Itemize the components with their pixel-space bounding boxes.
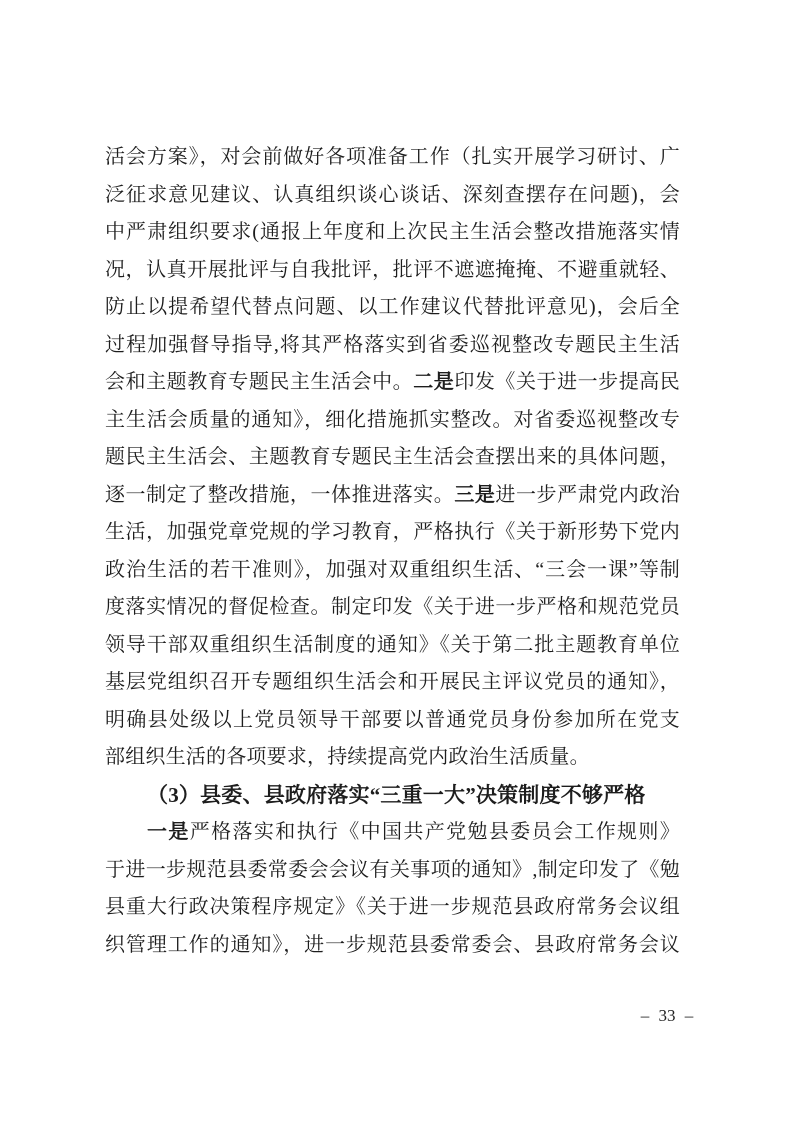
- text-line: 中严肃组织要求(通报上年度和上次民主生活会整改措施落实情: [105, 214, 680, 252]
- text-line: 一是严格落实和执行《中国共产党勉县委员会工作规则》《关: [105, 814, 680, 852]
- text-line: 过程加强督导指导,将其严格落实到省委巡视整改专题民主生活: [105, 327, 680, 365]
- text-run: 领导干部双重组织生活制度的通知》《关于第二批主题教育单位: [105, 634, 680, 656]
- text-line: 题民主生活会、主题教育专题民主生活会查摆出来的具体问题，: [105, 439, 680, 477]
- text-line: 泛征求意见建议、认真组织谈心谈话、深刻查摆存在问题)，会: [105, 177, 680, 215]
- text-run: 明确县处级以上党员领导干部要以普通党员身份参加所在党支: [105, 709, 680, 731]
- text-run: 织管理工作的通知》，进一步规范县委常委会、县政府常务会议: [105, 934, 680, 956]
- text-run: 严格落实和执行《中国共产党勉县委员会工作规则》《关: [105, 821, 680, 852]
- text-run: 防止以提希望代替点问题、以工作建议代替批评意见)，会后全: [105, 296, 680, 318]
- text-run: 逐一制定了整改措施，一体推进落实。: [105, 484, 454, 506]
- text-run: 会和主题教育专题民主生活会中。: [105, 371, 413, 393]
- text-line: 基层党组织召开专题组织生活会和开展民主评议党员的通知》，: [105, 664, 680, 702]
- document-body: 活会方案》，对会前做好各项准备工作（扎实开展学习研讨、广泛征求意见建议、认真组织…: [105, 139, 680, 964]
- text-run: 部组织生活的各项要求，持续提高党内政治生活质量。: [105, 746, 590, 768]
- document-page: 活会方案》，对会前做好各项准备工作（扎实开展学习研讨、广泛征求意见建议、认真组织…: [0, 0, 793, 1122]
- text-line: 会和主题教育专题民主生活会中。二是印发《关于进一步提高民: [105, 364, 680, 402]
- text-line: 防止以提希望代替点问题、以工作建议代替批评意见)，会后全: [105, 289, 680, 327]
- bold-text-run: （3）县委、县政府落实“三重一大”决策制度不够严格: [147, 783, 646, 807]
- text-run: 题民主生活会、主题教育专题民主生活会查摆出来的具体问题，: [105, 446, 680, 468]
- text-run: 度落实情况的督促检查。制定印发《关于进一步严格和规范党员: [105, 596, 680, 618]
- text-run: 况，认真开展批评与自我批评，批评不遮遮掩掩、不避重就轻、: [105, 259, 680, 281]
- text-line: 活会方案》，对会前做好各项准备工作（扎实开展学习研讨、广: [105, 139, 680, 177]
- text-run: 印发《关于进一步提高民: [454, 371, 680, 393]
- text-line: 织管理工作的通知》，进一步规范县委常委会、县政府常务会议: [105, 927, 680, 965]
- section-heading: （3）县委、县政府落实“三重一大”决策制度不够严格: [105, 777, 680, 815]
- text-run: 政治生活的若干准则》，加强对双重组织生活、“三会一课”等制: [105, 559, 680, 581]
- text-line: 明确县处级以上党员领导干部要以普通党员身份参加所在党支: [105, 702, 680, 740]
- text-line: 部组织生活的各项要求，持续提高党内政治生活质量。: [105, 739, 680, 777]
- text-run: 县重大行政决策程序规定》《关于进一步规范县政府常务会议组: [105, 896, 680, 918]
- text-run: 进一步严肃党内政治: [495, 484, 680, 506]
- text-run: 活会方案》，对会前做好各项准备工作（扎实开展学习研讨、广: [105, 146, 680, 168]
- text-line: 况，认真开展批评与自我批评，批评不遮遮掩掩、不避重就轻、: [105, 252, 680, 290]
- bold-text-run: 一是: [147, 821, 190, 843]
- bold-text-run: 三是: [454, 484, 495, 506]
- text-run: 于进一步规范县委常委会会议有关事项的通知》,制定印发了《勉: [105, 859, 680, 881]
- text-line: 县重大行政决策程序规定》《关于进一步规范县政府常务会议组: [105, 889, 680, 927]
- bold-text-run: 二是: [413, 371, 454, 393]
- text-line: 度落实情况的督促检查。制定印发《关于进一步严格和规范党员: [105, 589, 680, 627]
- text-run: 主生活会质量的通知》，细化措施抓实整改。对省委巡视整改专: [105, 409, 680, 431]
- text-line: 逐一制定了整改措施，一体推进落实。三是进一步严肃党内政治: [105, 477, 680, 515]
- text-line: 生活，加强党章党规的学习教育，严格执行《关于新形势下党内: [105, 514, 680, 552]
- text-run: 泛征求意见建议、认真组织谈心谈话、深刻查摆存在问题)，会: [105, 184, 680, 206]
- text-run: 中严肃组织要求(通报上年度和上次民主生活会整改措施落实情: [105, 221, 680, 243]
- text-line: 领导干部双重组织生活制度的通知》《关于第二批主题教育单位: [105, 627, 680, 665]
- text-run: 生活，加强党章党规的学习教育，严格执行《关于新形势下党内: [105, 521, 680, 543]
- text-line: 于进一步规范县委常委会会议有关事项的通知》,制定印发了《勉: [105, 852, 680, 890]
- text-line: 主生活会质量的通知》，细化措施抓实整改。对省委巡视整改专: [105, 402, 680, 440]
- page-number: – 33 –: [600, 1006, 734, 1026]
- text-line: 政治生活的若干准则》，加强对双重组织生活、“三会一课”等制: [105, 552, 680, 590]
- text-run: 基层党组织召开专题组织生活会和开展民主评议党员的通知》，: [105, 671, 680, 693]
- text-run: 过程加强督导指导,将其严格落实到省委巡视整改专题民主生活: [105, 334, 680, 356]
